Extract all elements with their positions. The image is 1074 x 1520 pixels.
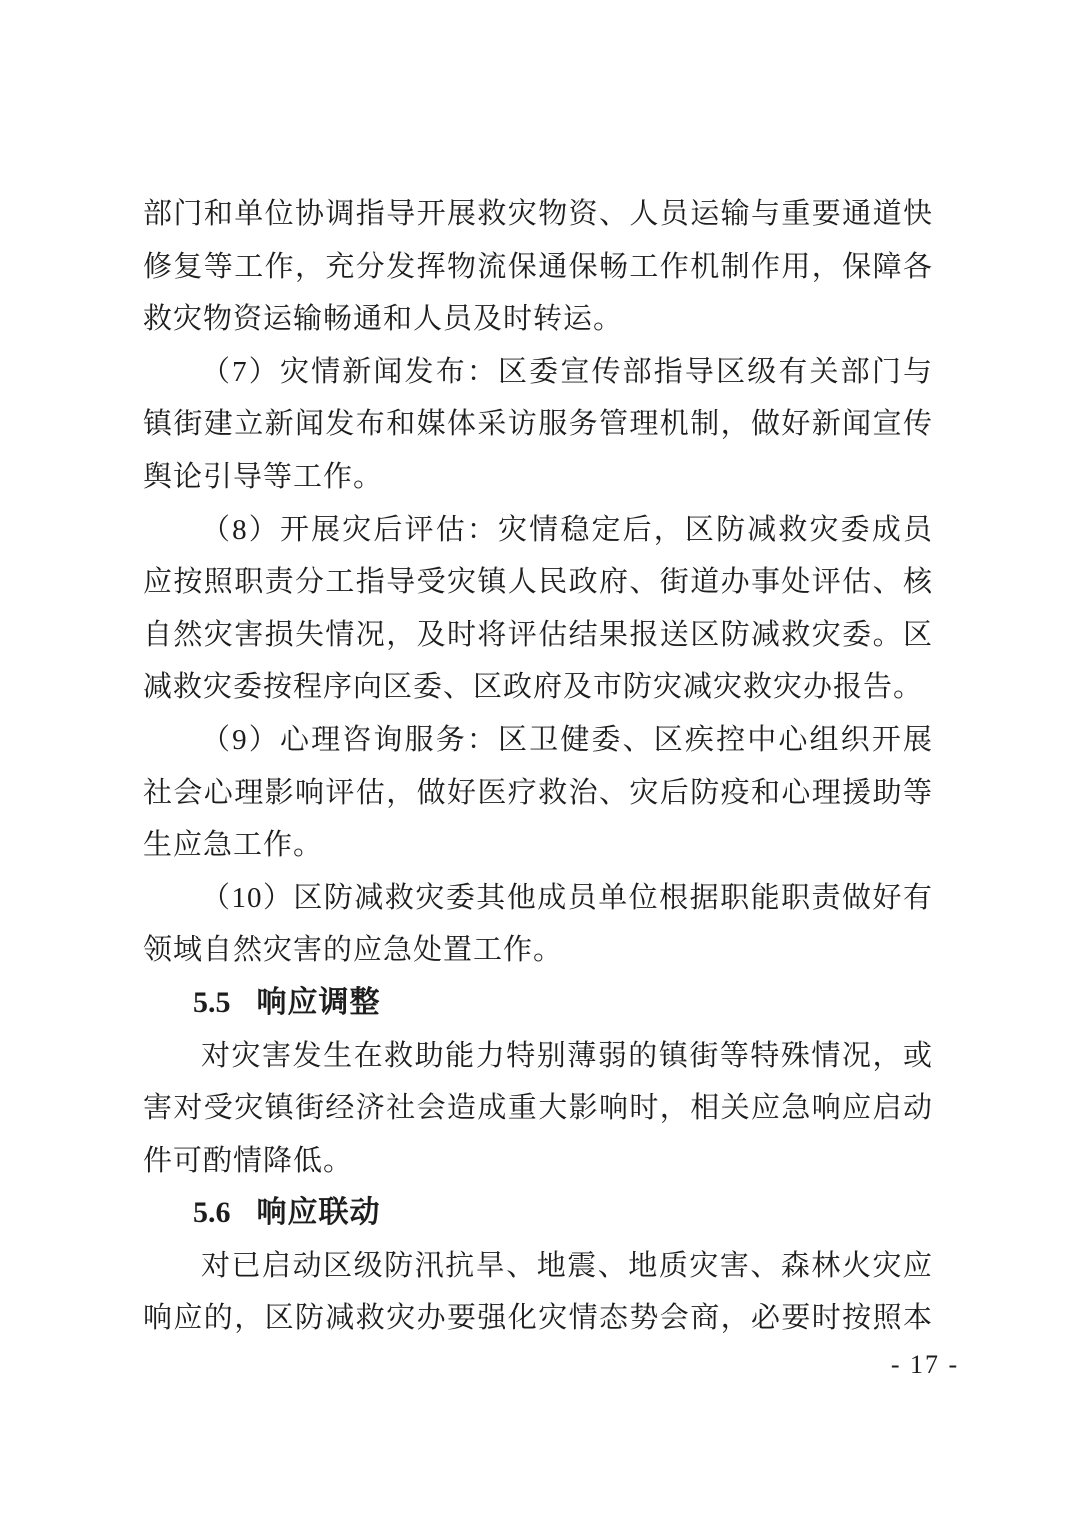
paragraph-5-6-body: 对已启动区级防汛抗旱、地震、地质灾害、森林火灾应急 响应的，区防减救灾办要强化灾… bbox=[143, 1240, 933, 1345]
text-line: 领域自然灾害的应急处置工作。 bbox=[143, 924, 933, 977]
text-line: 部门和单位协调指导开展救灾物资、人员运输与重要通道快速 bbox=[143, 188, 933, 241]
section-heading-5-6: 5.6响应联动 bbox=[143, 1187, 933, 1240]
section-number: 5.6 bbox=[193, 1196, 231, 1229]
page-text-body: 部门和单位协调指导开展救灾物资、人员运输与重要通道快速 修复等工作，充分发挥物流… bbox=[143, 188, 933, 1345]
section-heading-5-5: 5.5响应调整 bbox=[143, 977, 933, 1030]
text-line: 害对受灾镇街经济社会造成重大影响时，相关应急响应启动条 bbox=[143, 1082, 933, 1135]
numbered-paragraph-9: （9）心理咨询服务：区卫健委、区疾控中心组织开展灾区 社会心理影响评估，做好医疗… bbox=[143, 714, 933, 872]
text-line: 对已启动区级防汛抗旱、地震、地质灾害、森林火灾应急 bbox=[143, 1240, 933, 1293]
document-page: 部门和单位协调指导开展救灾物资、人员运输与重要通道快速 修复等工作，充分发挥物流… bbox=[0, 0, 1074, 1520]
section-title: 响应调整 bbox=[257, 986, 381, 1019]
paragraph-continuation: 部门和单位协调指导开展救灾物资、人员运输与重要通道快速 修复等工作，充分发挥物流… bbox=[143, 188, 933, 346]
text-line: 舆论引导等工作。 bbox=[143, 451, 933, 504]
section-title: 响应联动 bbox=[257, 1196, 381, 1229]
text-line: 响应的，区防减救灾办要强化灾情态势会商，必要时按照本预 bbox=[143, 1292, 933, 1345]
text-line: 件可酌情降低。 bbox=[143, 1135, 933, 1188]
text-line: 应按照职责分工指导受灾镇人民政府、街道办事处评估、核定 bbox=[143, 556, 933, 609]
text-line: （9）心理咨询服务：区卫健委、区疾控中心组织开展灾区 bbox=[143, 714, 933, 767]
paragraph-5-5-body: 对灾害发生在救助能力特别薄弱的镇街等特殊情况，或灾 害对受灾镇街经济社会造成重大… bbox=[143, 1030, 933, 1188]
numbered-paragraph-7: （7）灾情新闻发布：区委宣传部指导区级有关部门与受灾 镇街建立新闻发布和媒体采访… bbox=[143, 346, 933, 504]
text-line: （8）开展灾后评估：灾情稳定后，区防减救灾委成员单位 bbox=[143, 504, 933, 557]
numbered-paragraph-8: （8）开展灾后评估：灾情稳定后，区防减救灾委成员单位 应按照职责分工指导受灾镇人… bbox=[143, 504, 933, 714]
text-line: （7）灾情新闻发布：区委宣传部指导区级有关部门与受灾 bbox=[143, 346, 933, 399]
text-line: 镇街建立新闻发布和媒体采访服务管理机制，做好新闻宣传及 bbox=[143, 398, 933, 451]
text-line: 对灾害发生在救助能力特别薄弱的镇街等特殊情况，或灾 bbox=[143, 1030, 933, 1083]
page-number: - 17 - bbox=[845, 1350, 1005, 1380]
section-number: 5.5 bbox=[193, 986, 231, 1019]
text-line: 社会心理影响评估，做好医疗救治、灾后防疫和心理援助等卫 bbox=[143, 767, 933, 820]
numbered-paragraph-10: （10）区防减救灾委其他成员单位根据职能职责做好有关 领域自然灾害的应急处置工作… bbox=[143, 872, 933, 977]
text-line: 生应急工作。 bbox=[143, 819, 933, 872]
text-line: （10）区防减救灾委其他成员单位根据职能职责做好有关 bbox=[143, 872, 933, 925]
text-line: 自然灾害损失情况，及时将评估结果报送区防减救灾委。区防 bbox=[143, 609, 933, 662]
text-line: 救灾物资运输畅通和人员及时转运。 bbox=[143, 293, 933, 346]
text-line: 修复等工作，充分发挥物流保通保畅工作机制作用，保障各类 bbox=[143, 241, 933, 294]
text-line: 减救灾委按程序向区委、区政府及市防灾减灾救灾办报告。 bbox=[143, 661, 933, 714]
